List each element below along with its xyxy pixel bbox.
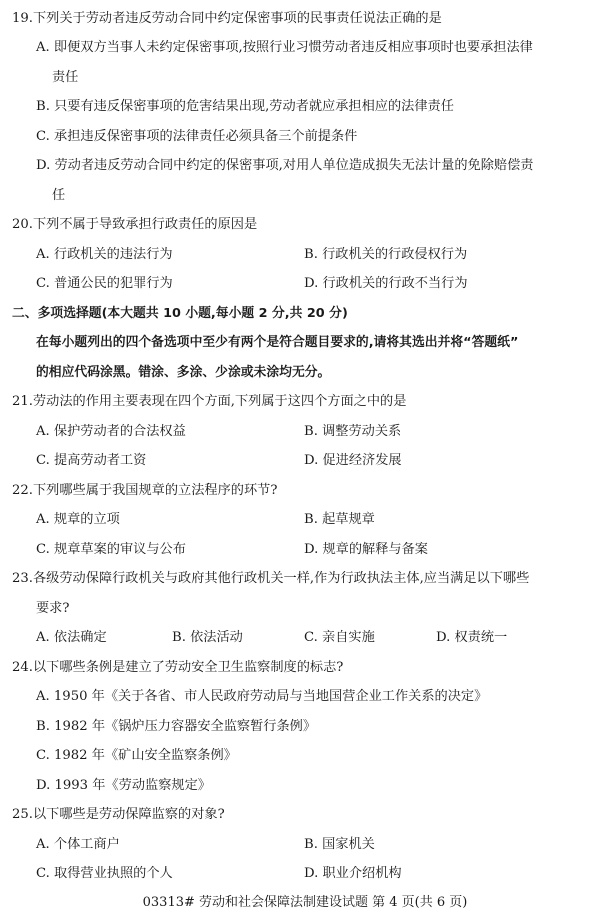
question-20-option-b: B. 行政机关的行政侵权行为 [304, 246, 467, 264]
question-21-option-c: C. 提高劳动者工资 [36, 452, 146, 470]
question-19-option-a: A. 即便双方当事人未约定保密事项,按照行业习惯劳动者违反相应事项时也要承担法律 [36, 39, 533, 57]
question-25-stem: 25.以下哪些是劳动保障监察的对象? [12, 806, 225, 824]
question-25-option-a: A. 个体工商户 [36, 836, 120, 854]
question-19-option-a-cont: 责任 [52, 69, 78, 87]
section-heading: 二、多项选择题(本大题共 10 小题,每小题 2 分,共 20 分) [12, 305, 348, 323]
question-19-stem: 19.下列关于劳动者违反劳动合同中约定保密事项的民事责任说法正确的是 [12, 10, 442, 28]
question-22-stem: 22.下列哪些属于我国规章的立法程序的环节? [12, 482, 277, 500]
question-20-stem: 20.下列不属于导致承担行政责任的原因是 [12, 216, 257, 234]
question-25-option-b: B. 国家机关 [304, 836, 375, 854]
question-22-option-b: B. 起草规章 [304, 511, 375, 529]
section-instruction-line1: 在每小题列出的四个备选项中至少有两个是符合题目要求的,请将其选出并将“答题纸” [36, 334, 518, 352]
question-22-option-a: A. 规章的立项 [36, 511, 120, 529]
question-21-option-a: A. 保护劳动者的合法权益 [36, 423, 186, 441]
question-23-option-a: A. 依法确定 [36, 629, 107, 647]
question-19-option-b: B. 只要有违反保密事项的危害结果出现,劳动者就应承担相应的法律责任 [36, 98, 454, 116]
page-footer: 03313# 劳动和社会保障法制建设试题 第 4 页(共 6 页) [0, 894, 610, 912]
question-20-option-d: D. 行政机关的行政不当行为 [304, 275, 468, 293]
question-20-option-a: A. 行政机关的违法行为 [36, 246, 173, 264]
question-25-option-d: D. 职业介绍机构 [304, 865, 402, 883]
question-24-option-a: A. 1950 年《关于各省、市人民政府劳动局与当地国营企业工作关系的决定》 [36, 688, 487, 706]
question-23-stem: 23.各级劳动保障行政机关与政府其他行政机关一样,作为行政执法主体,应当满足以下… [12, 570, 529, 588]
question-19-option-d-cont: 任 [52, 187, 65, 205]
question-23-option-c: C. 亲自实施 [304, 629, 375, 647]
question-21-stem: 21.劳动法的作用主要表现在四个方面,下列属于这四个方面之中的是 [12, 393, 406, 411]
question-22-option-c: C. 规章草案的审议与公布 [36, 541, 186, 559]
question-24-stem: 24.以下哪些条例是建立了劳动安全卫生监察制度的标志? [12, 659, 343, 677]
question-23-option-b: B. 依法活动 [172, 629, 243, 647]
question-19-option-c: C. 承担违反保密事项的法律责任必须具备三个前提条件 [36, 128, 357, 146]
question-25-option-c: C. 取得营业执照的个人 [36, 865, 173, 883]
question-21-option-b: B. 调整劳动关系 [304, 423, 401, 441]
question-19-option-d: D. 劳动者违反劳动合同中约定的保密事项,对用人单位造成损失无法计量的免除赔偿责 [36, 157, 533, 175]
question-24-option-c: C. 1982 年《矿山安全监察条例》 [36, 747, 237, 765]
question-24-option-d: D. 1993 年《劳动监察规定》 [36, 777, 211, 795]
section-instruction-line2: 的相应代码涂黑。错涂、多涂、少涂或未涂均无分。 [36, 364, 330, 382]
question-22-option-d: D. 规章的解释与备案 [304, 541, 428, 559]
question-21-option-d: D. 促进经济发展 [304, 452, 402, 470]
question-24-option-b: B. 1982 年《锅炉压力容器安全监察暂行条例》 [36, 718, 316, 736]
question-23-option-d: D. 权责统一 [436, 629, 507, 647]
question-20-option-c: C. 普通公民的犯罪行为 [36, 275, 173, 293]
question-23-stem-cont: 要求? [36, 600, 69, 618]
